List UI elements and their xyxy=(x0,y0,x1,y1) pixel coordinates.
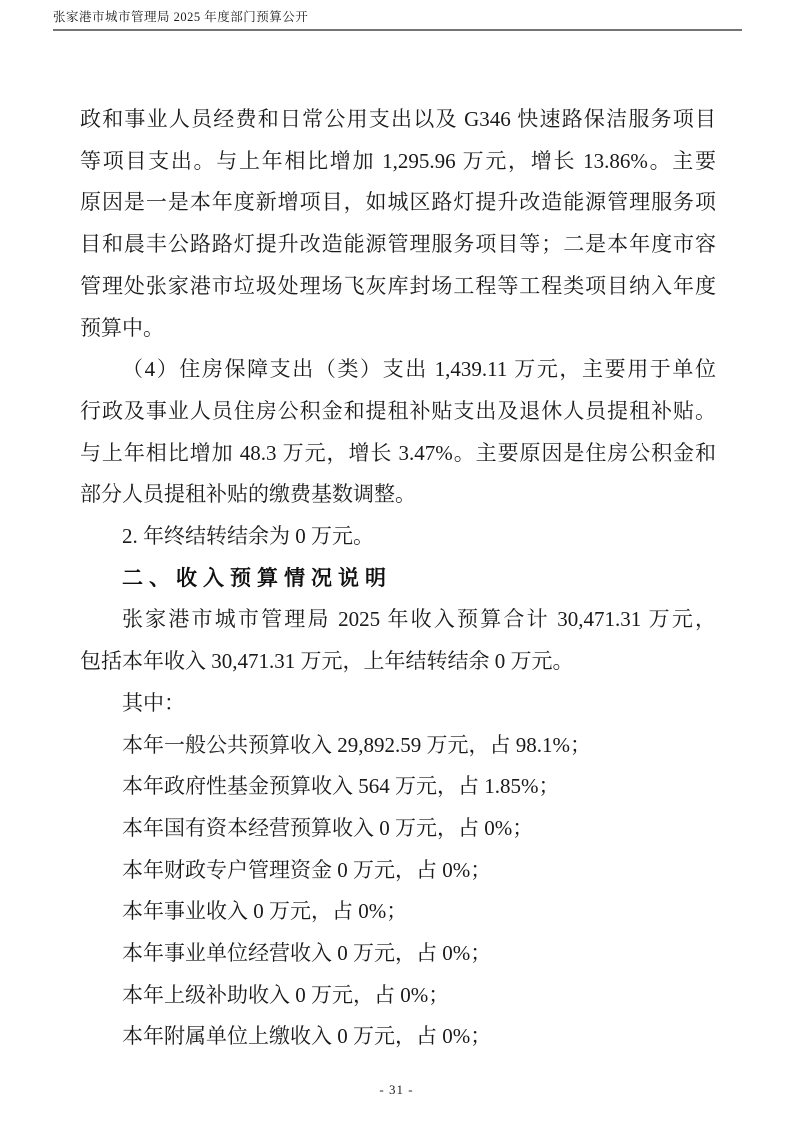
income-item-fiscal-account: 本年财政专户管理资金 0 万元，占 0%； xyxy=(80,850,716,892)
income-item-institution-operating: 本年事业单位经营收入 0 万元，占 0%； xyxy=(80,933,716,975)
body-line: 包括本年收入 30,471.31 万元，上年结转结余 0 万元。 xyxy=(80,641,716,683)
income-item-superior-subsidy: 本年上级补助收入 0 万元，占 0%； xyxy=(80,975,716,1017)
body-line-carryover: 2. 年终结转结余为 0 万元。 xyxy=(80,516,716,558)
body-line-income-total: 张家港市城市管理局 2025 年收入预算合计 30,471.31 万元， xyxy=(80,599,716,641)
section-heading-income-budget: 二、收入预算情况说明 xyxy=(80,558,716,600)
body-line: 部分人员提租补贴的缴费基数调整。 xyxy=(80,474,716,516)
page-header: 张家港市城市管理局 2025 年度部门预算公开 xyxy=(53,9,742,31)
body-line: 管理处张家港市垃圾处理场飞灰库封场工程等工程类项目纳入年度 xyxy=(80,266,716,308)
document-page: 张家港市城市管理局 2025 年度部门预算公开 政和事业人员经费和日常公用支出以… xyxy=(0,0,793,1122)
income-item-affiliated-units: 本年附属单位上缴收入 0 万元，占 0%； xyxy=(80,1016,716,1058)
document-body: 政和事业人员经费和日常公用支出以及 G346 快速路保洁服务项目 等项目支出。与… xyxy=(80,99,716,1058)
body-line: 政和事业人员经费和日常公用支出以及 G346 快速路保洁服务项目 xyxy=(80,99,716,141)
income-item-general-public-budget: 本年一般公共预算收入 29,892.59 万元，占 98.1%； xyxy=(80,725,716,767)
body-line: 与上年相比增加 48.3 万元，增长 3.47%。主要原因是住房公积金和 xyxy=(80,433,716,475)
body-line-housing-expense: （4）住房保障支出（类）支出 1,439.11 万元，主要用于单位 xyxy=(80,349,716,391)
income-item-state-capital: 本年国有资本经营预算收入 0 万元，占 0%； xyxy=(80,808,716,850)
income-item-government-fund: 本年政府性基金预算收入 564 万元，占 1.85%； xyxy=(80,766,716,808)
body-line: 预算中。 xyxy=(80,308,716,350)
body-line-among-which: 其中： xyxy=(80,683,716,725)
header-title: 张家港市城市管理局 2025 年度部门预算公开 xyxy=(53,10,308,24)
body-line: 等项目支出。与上年相比增加 1,295.96 万元，增长 13.86%。主要 xyxy=(80,141,716,183)
page-number: - 31 - xyxy=(0,1082,793,1098)
body-line: 目和晨丰公路路灯提升改造能源管理服务项目等；二是本年度市容 xyxy=(80,224,716,266)
body-line: 原因是一是本年度新增项目，如城区路灯提升改造能源管理服务项 xyxy=(80,182,716,224)
body-line: 行政及事业人员住房公积金和提租补贴支出及退休人员提租补贴。 xyxy=(80,391,716,433)
income-item-institution-income: 本年事业收入 0 万元，占 0%； xyxy=(80,891,716,933)
